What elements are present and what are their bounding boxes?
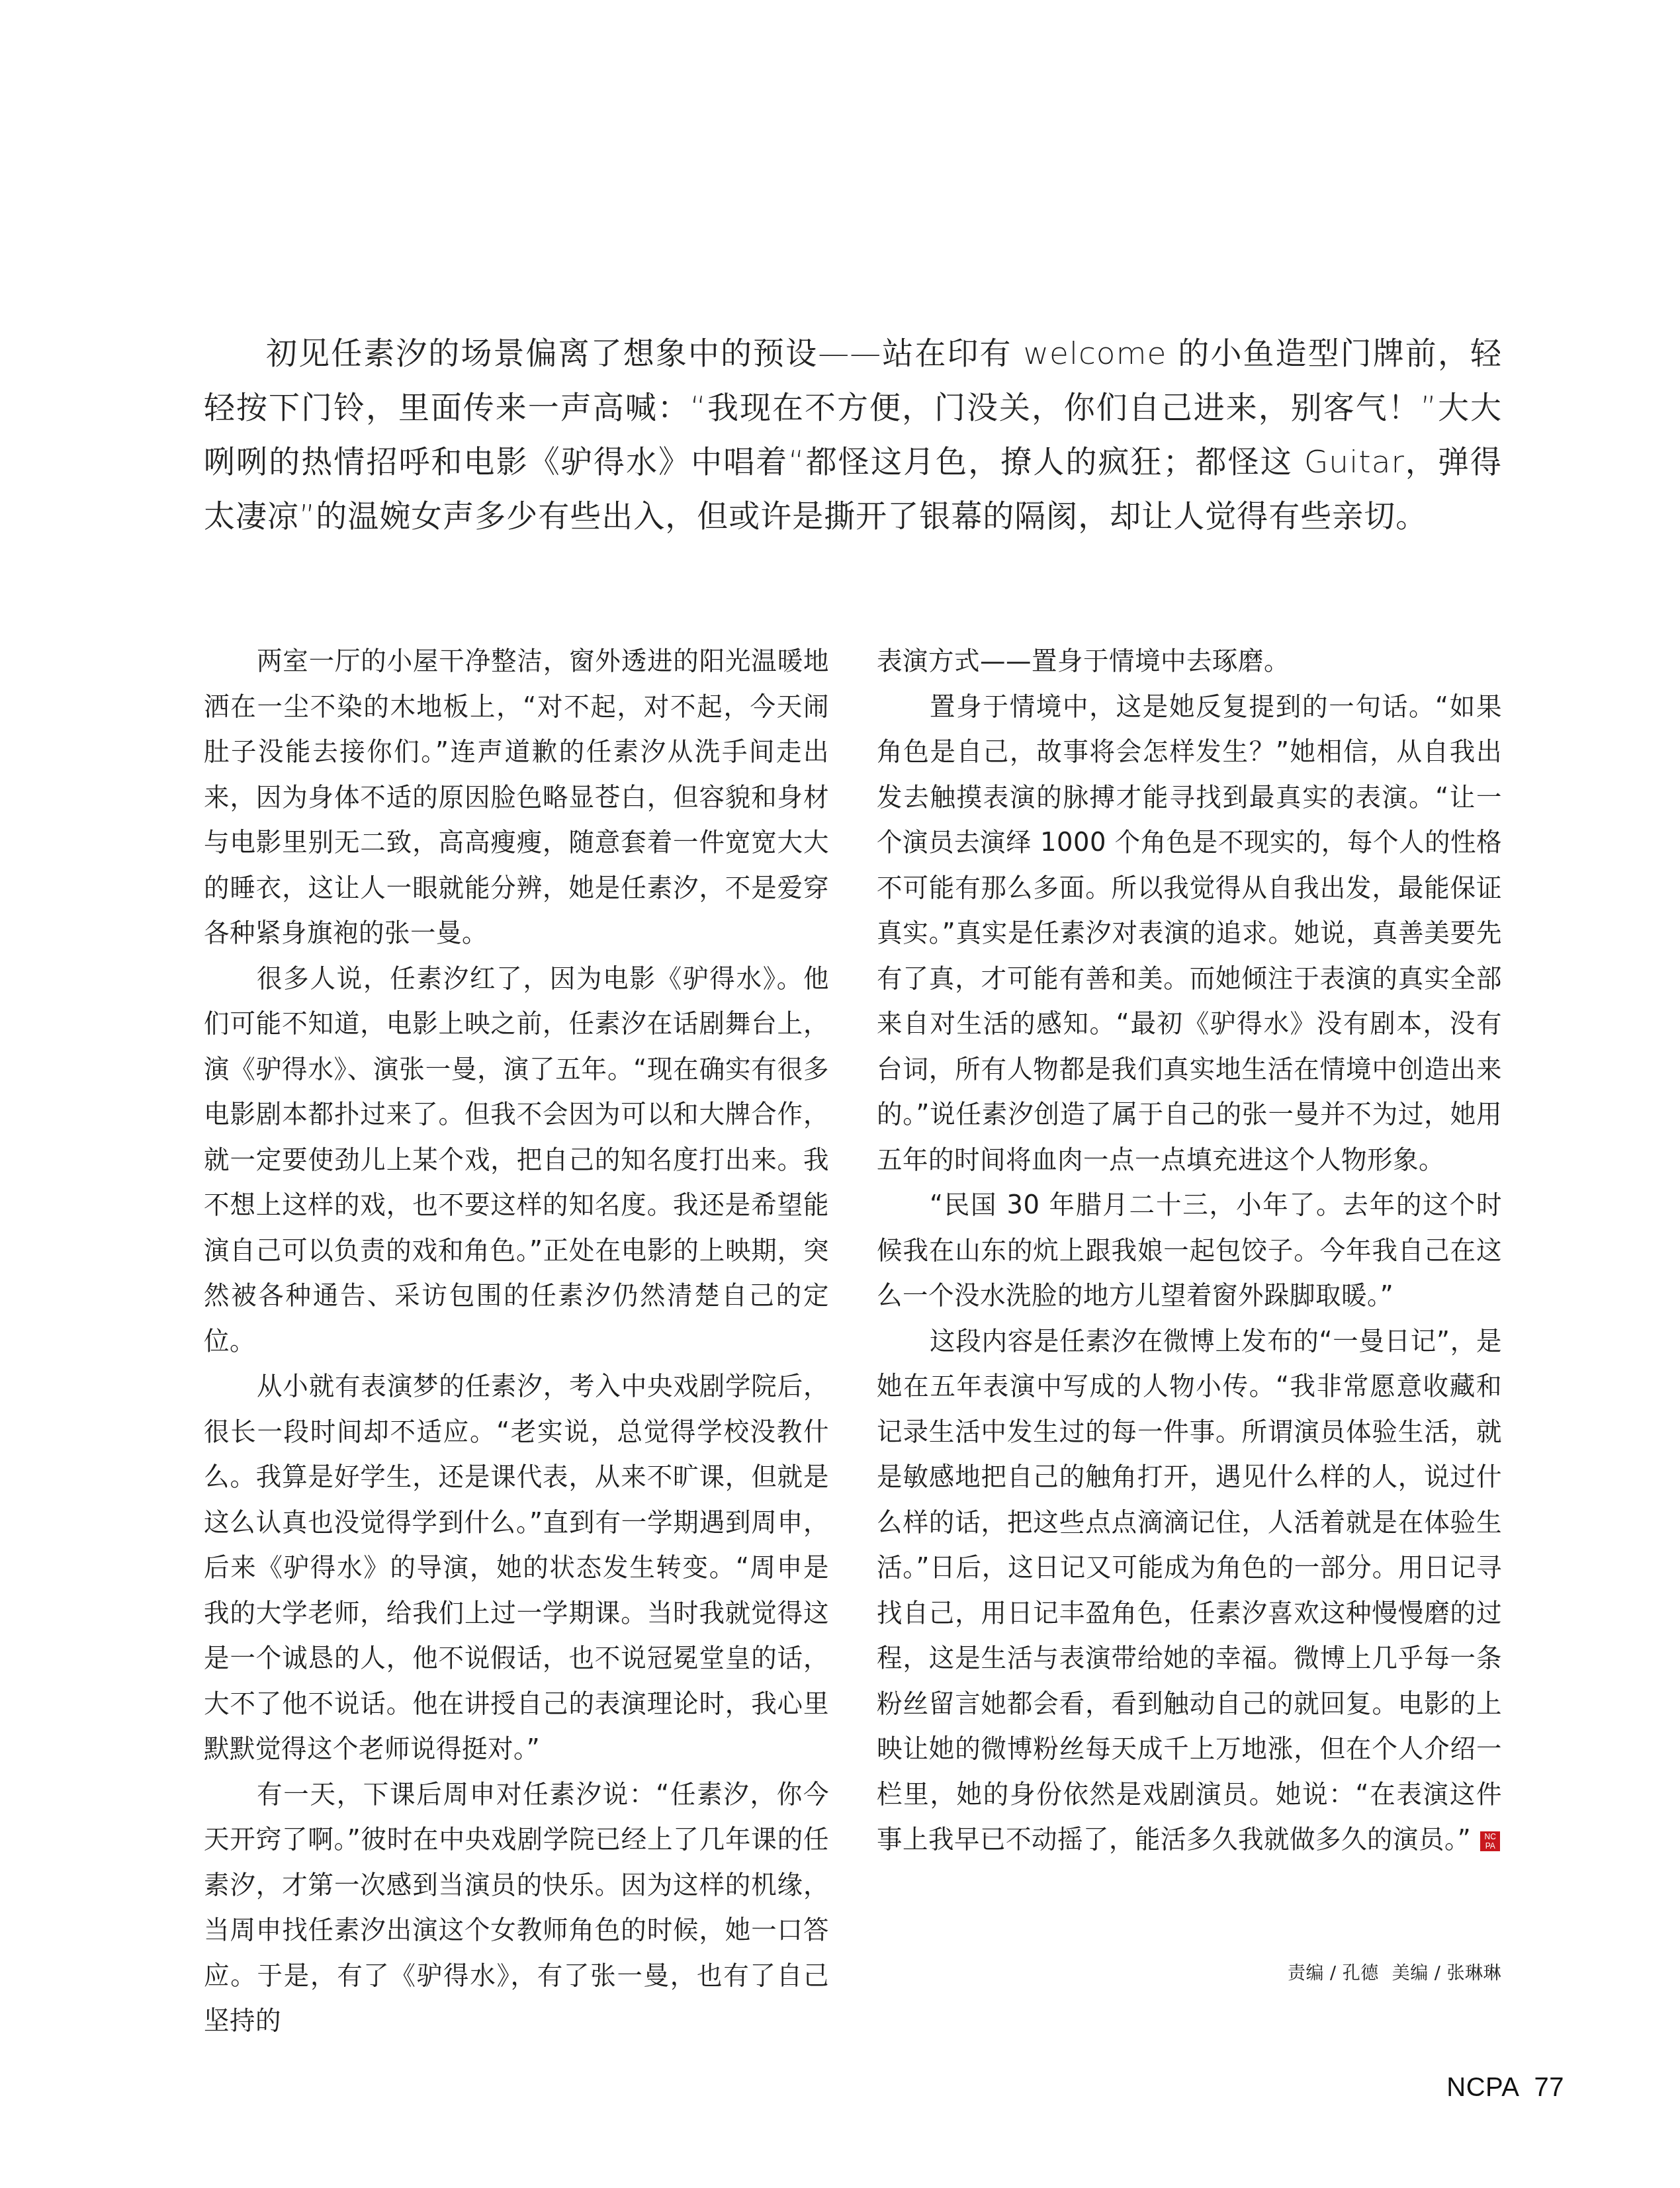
end-mark-line2: PA: [1480, 1841, 1500, 1851]
body-columns: 两室一厅的小屋干净整洁，窗外透进的阳光温暖地洒在一尘不染的木地板上，“对不起，对…: [204, 639, 1502, 2044]
body-paragraph: “民国 30 年腊月二十三，小年了。去年的这个时候我在山东的炕上跟我娘一起包饺子…: [877, 1183, 1502, 1319]
continued-paragraph: 表演方式——置身于情境中去琢磨。: [877, 639, 1502, 685]
intro-paragraph: 初见任素汐的场景偏离了想象中的预设——站在印有 welcome 的小鱼造型门牌前…: [204, 327, 1502, 544]
final-paragraph: 这段内容是任素汐在微博上发布的“一曼日记”，是她在五年表演中写成的人物小传。“我…: [877, 1319, 1502, 1863]
page-number: 77: [1534, 2073, 1565, 2102]
body-paragraph: 有一天，下课后周申对任素汐说：“任素汐，你今天开窍了啊。”彼时在中央戏剧学院已经…: [204, 1772, 829, 2044]
ncpa-end-mark-icon: NCPA: [1480, 1831, 1500, 1851]
magazine-page: 初见任素汐的场景偏离了想象中的预设——站在印有 welcome 的小鱼造型门牌前…: [0, 0, 1680, 2188]
editor-credit: 责编 / 孔德: [1288, 1963, 1379, 1984]
body-paragraph: 两室一厅的小屋干净整洁，窗外透进的阳光温暖地洒在一尘不染的木地板上，“对不起，对…: [204, 639, 829, 957]
designer-credit: 美编 / 张琳琳: [1392, 1963, 1501, 1984]
left-column: 两室一厅的小屋干净整洁，窗外透进的阳光温暖地洒在一尘不染的木地板上，“对不起，对…: [204, 639, 829, 2044]
body-paragraph: 置身于情境中，这是她反复提到的一句话。“如果角色是自己，故事将会怎样发生？”她相…: [877, 685, 1502, 1184]
final-paragraph-text: 这段内容是任素汐在微博上发布的“一曼日记”，是她在五年表演中写成的人物小传。“我…: [877, 1327, 1502, 1855]
editor-credits: 责编 / 孔德美编 / 张琳琳: [1288, 1958, 1501, 1984]
page-folio: NCPA77: [1446, 2073, 1564, 2103]
publication-name: NCPA: [1446, 2073, 1519, 2102]
body-paragraph: 从小就有表演梦的任素汐，考入中央戏剧学院后，很长一段时间却不适应。“老实说，总觉…: [204, 1364, 829, 1772]
right-column: 表演方式——置身于情境中去琢磨。 置身于情境中，这是她反复提到的一句话。“如果角…: [877, 639, 1502, 2044]
body-paragraph: 很多人说，任素汐红了，因为电影《驴得水》。他们可能不知道，电影上映之前，任素汐在…: [204, 957, 829, 1365]
end-mark-line1: NC: [1480, 1832, 1500, 1841]
